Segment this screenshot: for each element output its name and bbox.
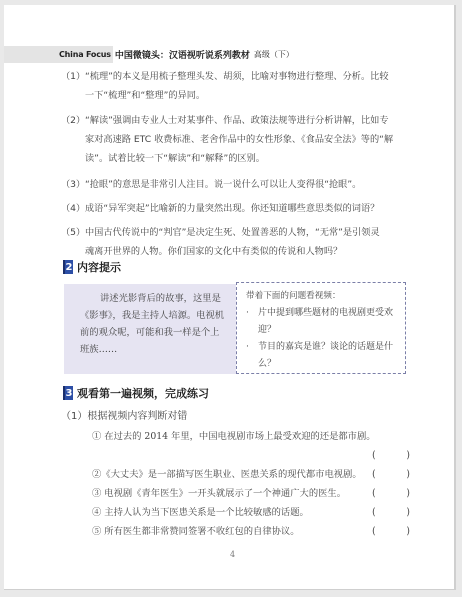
level-label: 高级（下）	[254, 49, 294, 60]
host-quote-box: 讲述光影背后的故事，这里是《影事》，我是主持人培源。电视机前的观众呢，可能和我一…	[64, 284, 236, 374]
page-number: 4	[230, 550, 235, 559]
question-5: （5）中国古代传说中的“判官”是决定生死、处置善恶的人物，“无常”是引领灵 魂离…	[61, 223, 416, 261]
viewing-prompt: 带着下面的问题看视频：	[246, 288, 399, 305]
document-page: China Focus 中国微镜头：汉语视听说系列教材 高级（下） （1）“梳理…	[4, 5, 456, 590]
bullet-icon: ·	[246, 339, 258, 373]
exercise-subtitle: （1）根据视频内容判断对错	[61, 407, 187, 422]
section-title: 观看第一遍视频，完成练习	[77, 385, 209, 401]
answer-blank[interactable]: ()	[372, 505, 410, 521]
question-1: （1）“梳理”的本义是用梳子整理头发、胡须，比喻对事物进行整理、分析。比较 一下…	[61, 67, 416, 105]
true-false-item: ⑤ 所有医生都非常赞同签署不收红包的自律协议。 ()	[92, 524, 410, 540]
section-number-badge: 3	[63, 386, 73, 400]
answer-blank[interactable]: ()	[372, 524, 410, 540]
answer-blank[interactable]: ()	[372, 467, 410, 483]
viewing-question: · 片中提到哪些题材的电视剧更受欢迎？	[246, 305, 399, 339]
series-english-name: China Focus	[4, 46, 113, 63]
viewing-questions-box: 带着下面的问题看视频： · 片中提到哪些题材的电视剧更受欢迎？ · 节目的嘉宾是…	[236, 282, 406, 374]
question-2: （2）“解读”强调由专业人士对某事件、作品、政策法规等进行分析讲解，比如专 家对…	[61, 111, 416, 168]
running-header: China Focus 中国微镜头：汉语视听说系列教材 高级（下）	[4, 46, 294, 63]
section-title: 内容提示	[77, 259, 121, 275]
true-false-item: ① 在过去的 2014 年里，中国电视剧市场上最受欢迎的还是都市剧。	[92, 429, 410, 445]
viewing-question: · 节目的嘉宾是谁？谈论的话题是什么？	[246, 339, 399, 373]
series-title: 中国微镜头：汉语视听说系列教材	[115, 48, 250, 61]
section-2-heading: 2 内容提示	[63, 259, 121, 275]
true-false-item: ④ 主持人认为当下医患关系是一个比较敏感的话题。 ()	[92, 505, 410, 521]
bullet-icon: ·	[246, 305, 258, 339]
true-false-item: ②《大丈夫》是一部描写医生职业、医患关系的现代都市电视剧。 ()	[92, 467, 410, 483]
section-3-heading: 3 观看第一遍视频，完成练习	[63, 385, 209, 401]
section-number-badge: 2	[63, 260, 73, 274]
true-false-item: ③ 电视剧《青年医生》一开头就展示了一个神通广大的医生。 ()	[92, 486, 410, 502]
host-quote: 讲述光影背后的故事，这里是《影事》，我是主持人培源。电视机前的观众呢，可能和我一…	[80, 290, 228, 358]
question-3: （3）“抢眼”的意思是非常引人注目。说一说什么可以让人变得很“抢眼”。	[61, 175, 416, 194]
answer-blank[interactable]: ()	[92, 448, 410, 464]
answer-blank[interactable]: ()	[372, 486, 410, 502]
question-4: （4）成语“异军突起”比喻新的力量突然出现。你还知道哪些意思类似的词语？	[61, 199, 416, 218]
